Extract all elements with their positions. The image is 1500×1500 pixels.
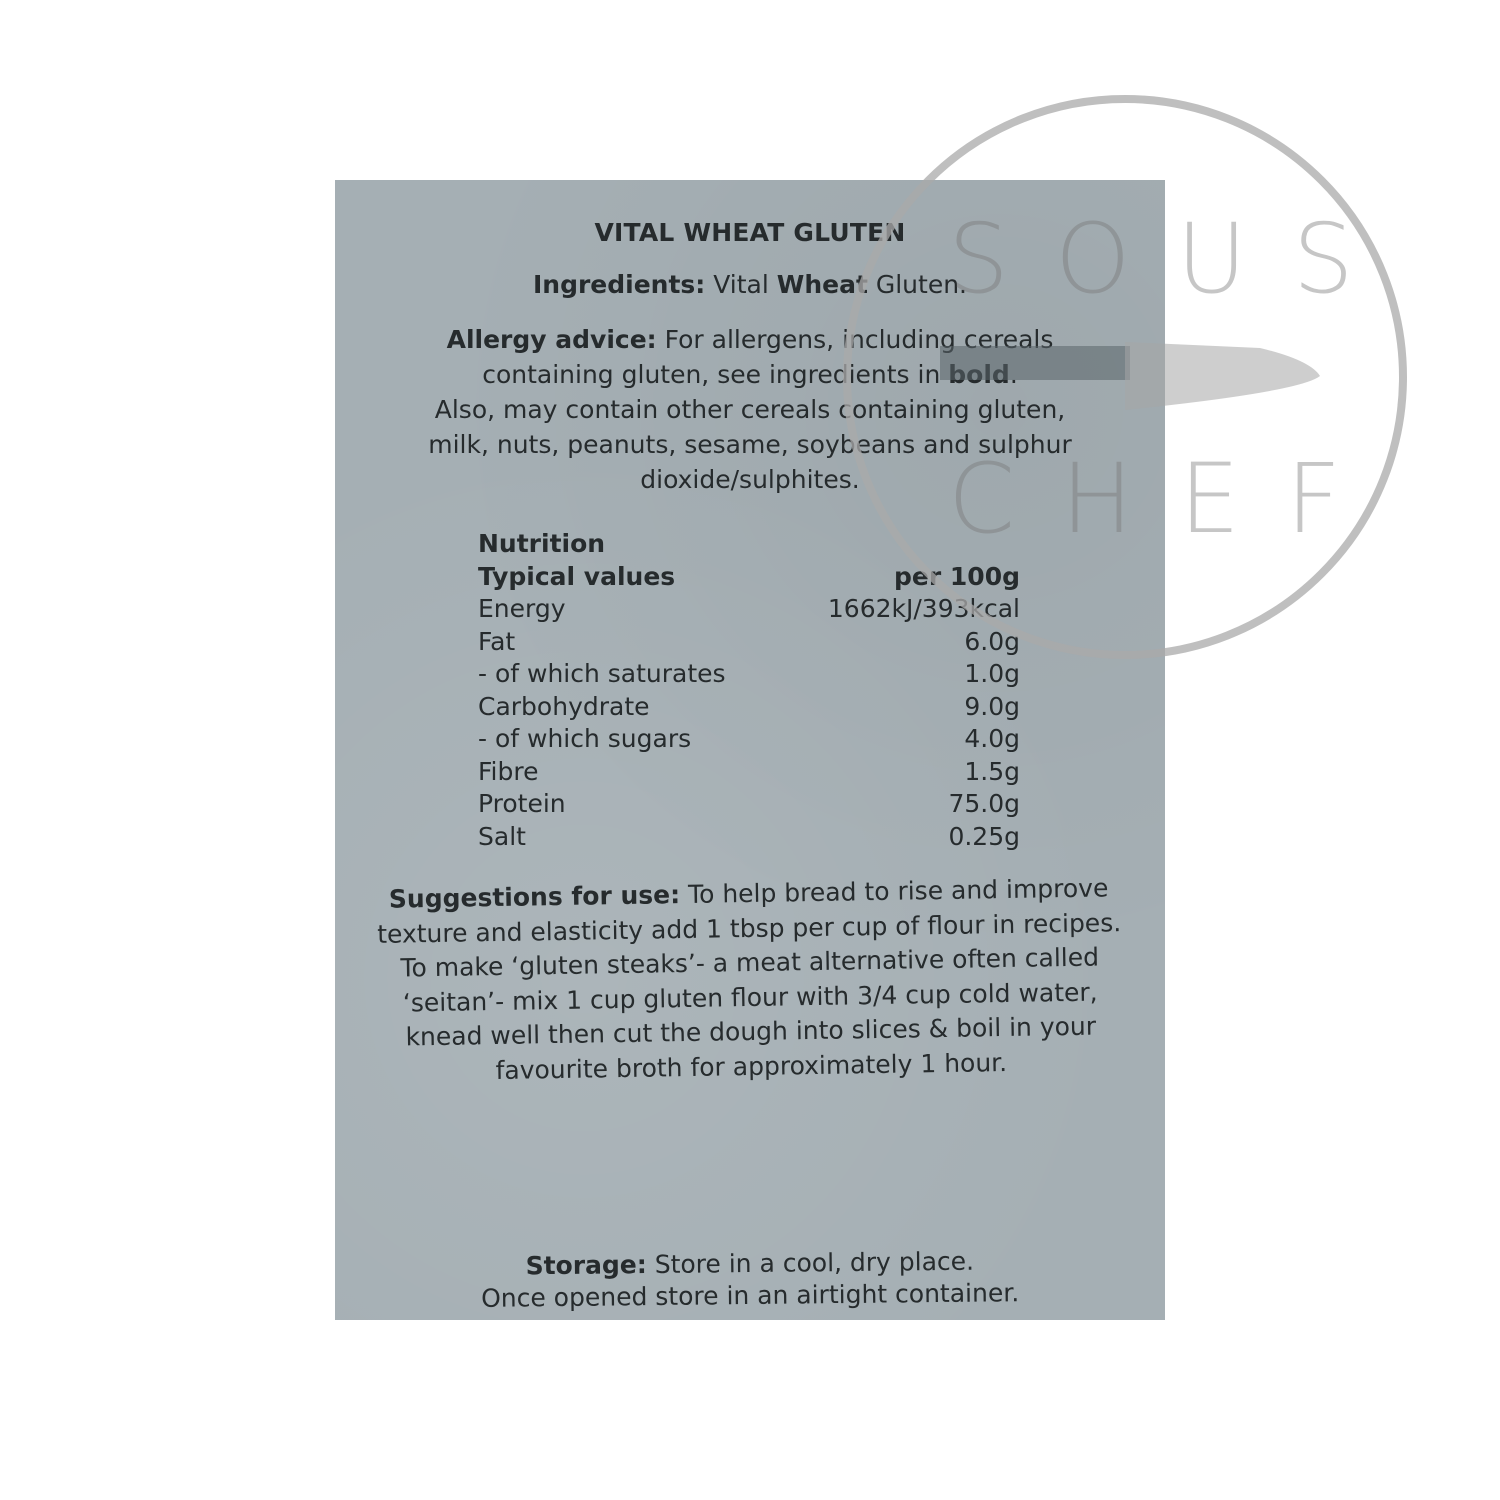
- suggestions-for-use: Suggestions for use: To help bread to ri…: [343, 871, 1156, 1091]
- column-header-label: Typical values: [478, 561, 675, 594]
- suggestions-line: To help bread to rise and improve: [680, 873, 1109, 909]
- allergy-line: .: [1010, 360, 1018, 389]
- ingredients-text-end: Gluten.: [868, 270, 967, 299]
- allergy-advice: Allergy advice: For allergens, including…: [365, 322, 1135, 497]
- nutrition-row: Energy1662kJ/393kcal: [478, 593, 1020, 626]
- nutrient-value: 4.0g: [964, 723, 1020, 756]
- allergy-heading: Allergy advice:: [447, 325, 657, 354]
- storage-heading: Storage:: [525, 1250, 646, 1280]
- nutrient-value: 75.0g: [948, 788, 1020, 821]
- nutrient-value: 1.5g: [964, 756, 1020, 789]
- nutrition-row: Protein75.0g: [478, 788, 1020, 821]
- nutrition-table: Nutrition Typical values per 100g Energy…: [478, 528, 1020, 853]
- storage-info: Storage: Store in a cool, dry place. Onc…: [335, 1244, 1166, 1317]
- ingredients-text: Vital: [705, 270, 776, 299]
- allergen-word: Wheat: [777, 270, 868, 299]
- nutrition-row: - of which saturates1.0g: [478, 658, 1020, 691]
- allergy-line: containing gluten, see ingredients in: [482, 360, 948, 389]
- nutrient-name: Protein: [478, 788, 566, 821]
- allergy-line: For allergens, including cereals: [657, 325, 1054, 354]
- nutrient-name: Salt: [478, 821, 526, 854]
- product-label: VITAL WHEAT GLUTEN Ingredients: Vital Wh…: [335, 180, 1165, 1320]
- nutrient-value: 9.0g: [964, 691, 1020, 724]
- nutrient-name: - of which saturates: [478, 658, 726, 691]
- allergy-line: dioxide/sulphites.: [365, 462, 1135, 497]
- nutrition-header-row: Typical values per 100g: [478, 561, 1020, 594]
- nutrient-value: 0.25g: [948, 821, 1020, 854]
- nutrient-name: Carbohydrate: [478, 691, 650, 724]
- ingredients-heading: Ingredients:: [533, 270, 705, 299]
- nutrient-name: Fibre: [478, 756, 539, 789]
- nutrition-row: - of which sugars4.0g: [478, 723, 1020, 756]
- nutrient-value: 1.0g: [964, 658, 1020, 691]
- nutrient-name: Fat: [478, 626, 515, 659]
- nutrient-value: 6.0g: [964, 626, 1020, 659]
- ingredients-line: Ingredients: Vital Wheat Gluten.: [335, 270, 1165, 299]
- nutrition-row: Carbohydrate9.0g: [478, 691, 1020, 724]
- nutrition-row: Fat6.0g: [478, 626, 1020, 659]
- nutrition-heading: Nutrition: [478, 528, 1020, 561]
- nutrition-row: Salt0.25g: [478, 821, 1020, 854]
- product-title: VITAL WHEAT GLUTEN: [335, 218, 1165, 247]
- allergy-line: milk, nuts, peanuts, sesame, soybeans an…: [365, 427, 1135, 462]
- column-header-value: per 100g: [894, 561, 1020, 594]
- nutrient-value: 1662kJ/393kcal: [828, 593, 1020, 626]
- storage-line: Store in a cool, dry place.: [647, 1247, 975, 1279]
- nutrient-name: - of which sugars: [478, 723, 691, 756]
- bold-word: bold: [948, 360, 1010, 389]
- nutrition-rows: Energy1662kJ/393kcalFat6.0g- of which sa…: [478, 593, 1020, 853]
- nutrition-row: Fibre1.5g: [478, 756, 1020, 789]
- suggestions-heading: Suggestions for use:: [389, 880, 681, 914]
- allergy-line: Also, may contain other cereals containi…: [365, 392, 1135, 427]
- nutrient-name: Energy: [478, 593, 566, 626]
